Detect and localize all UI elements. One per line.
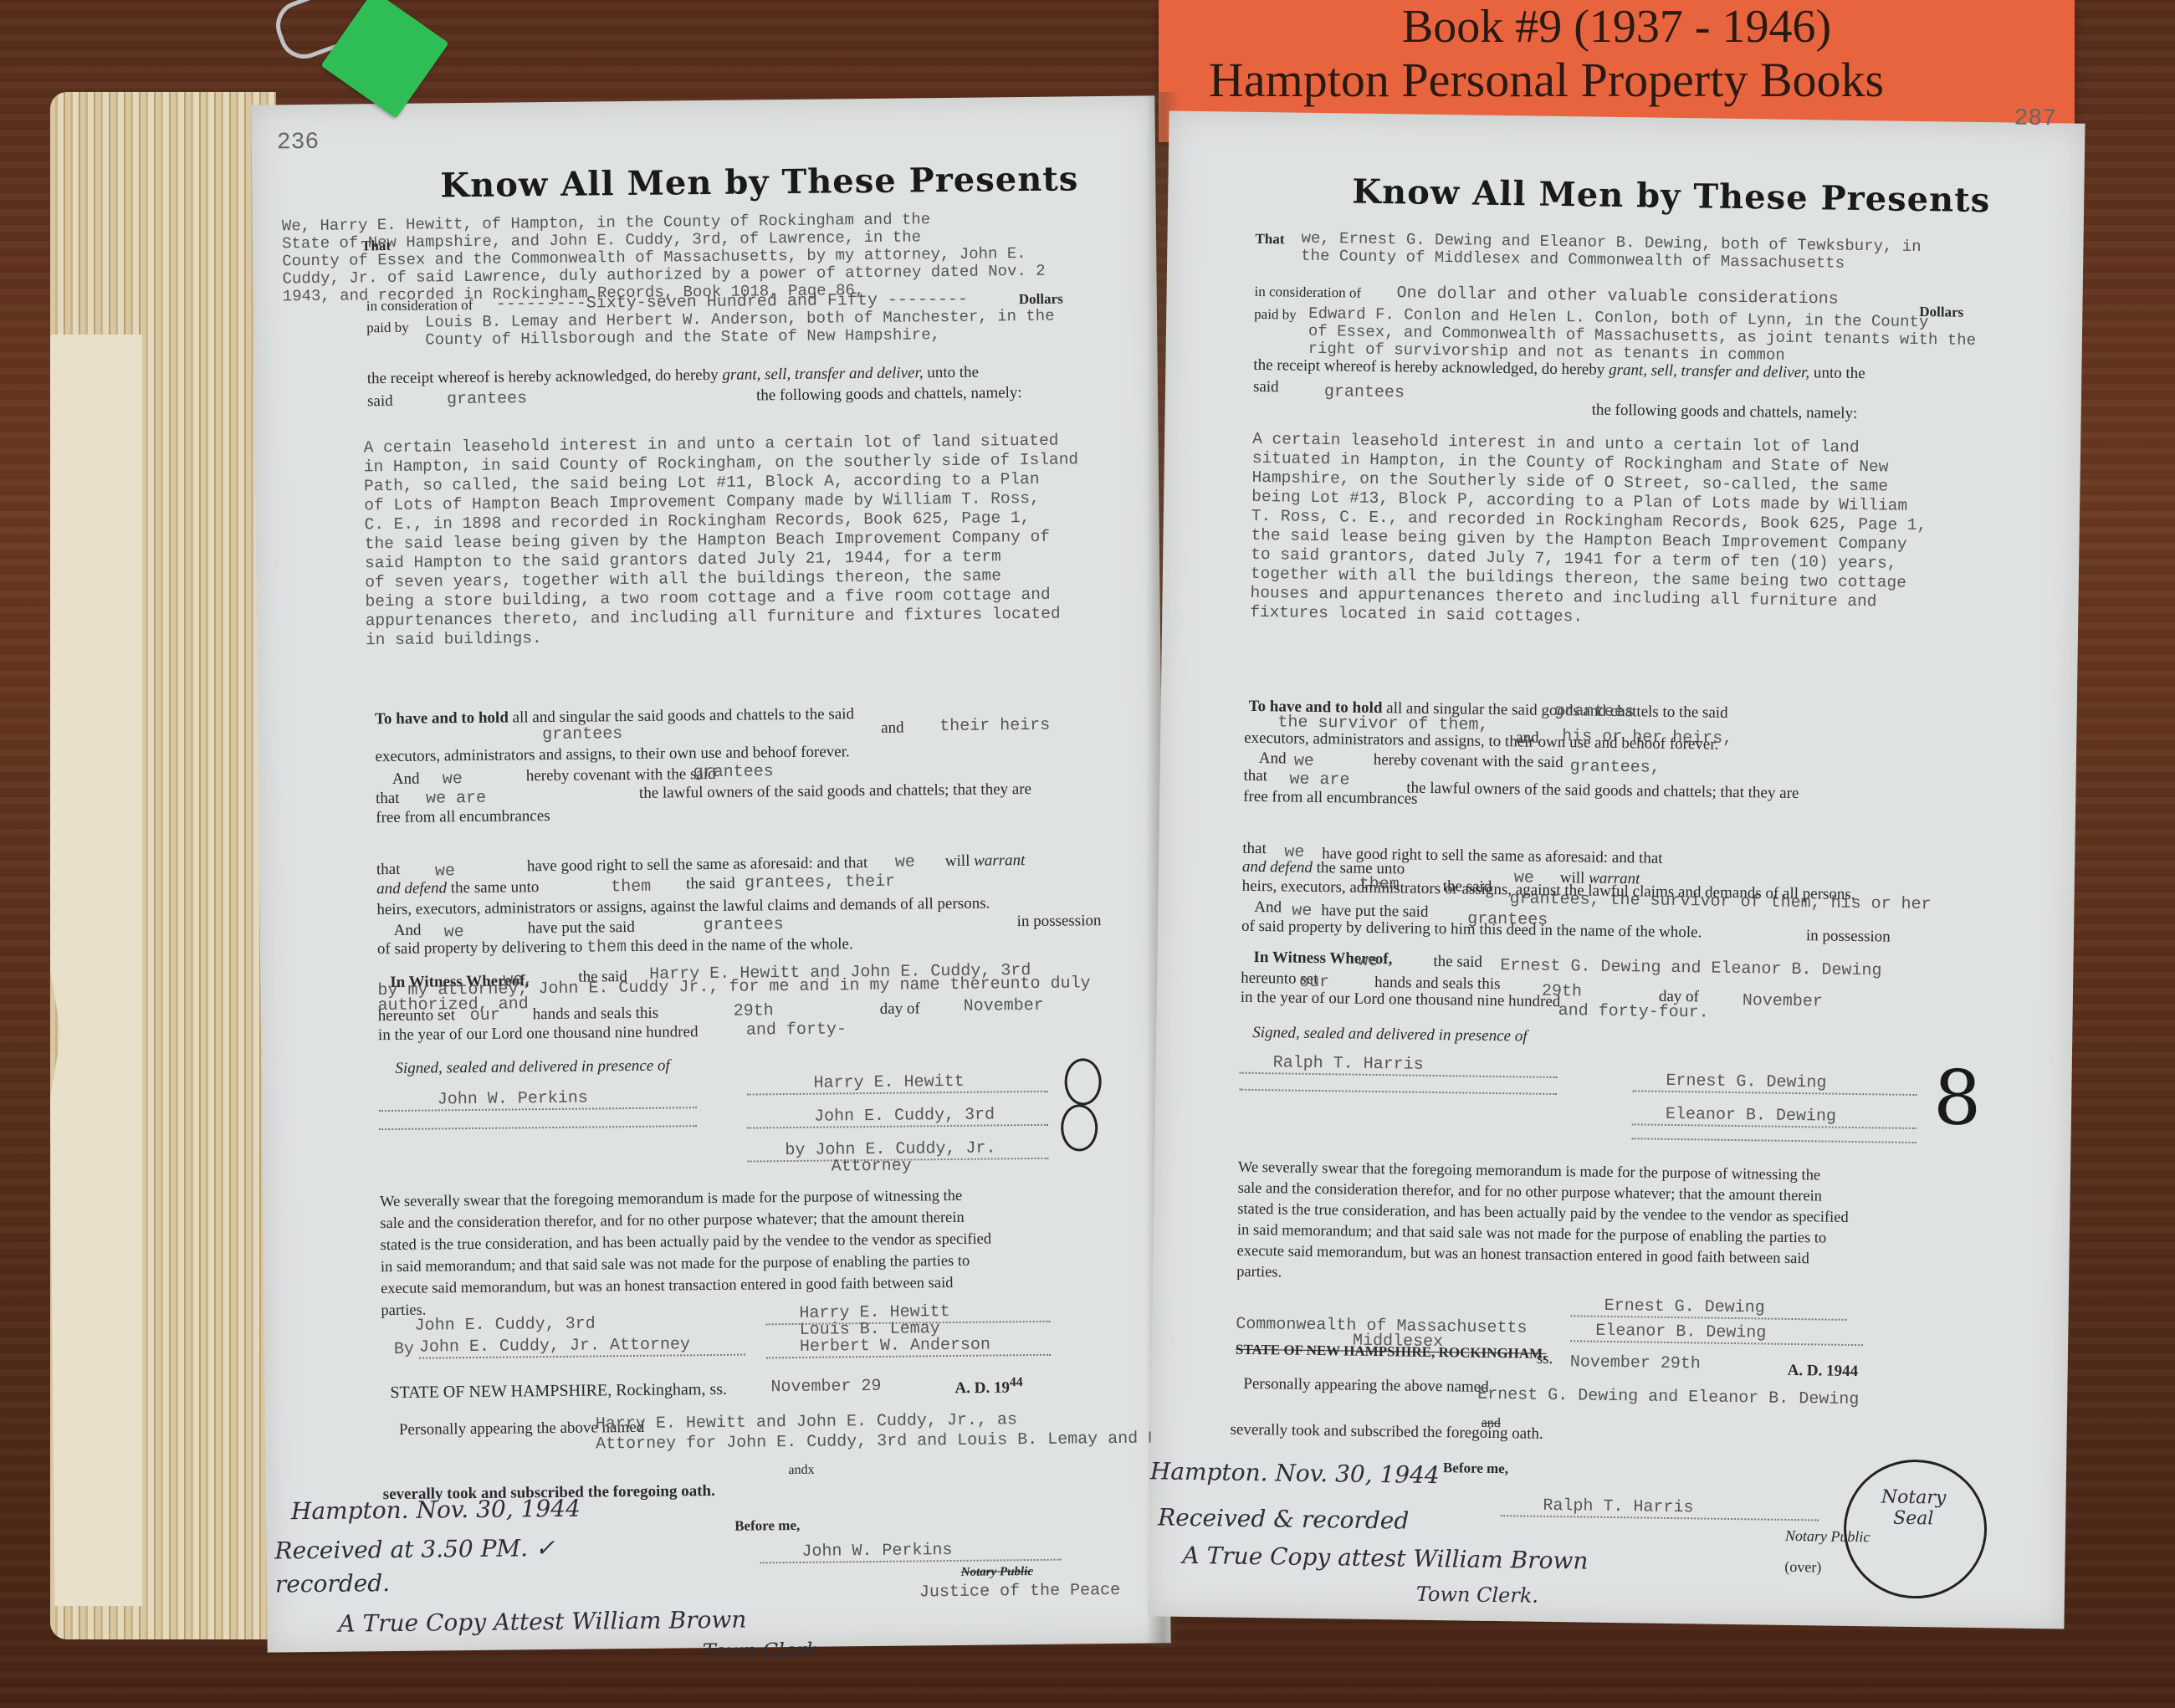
- that-label-2: that: [1243, 767, 1267, 785]
- personally-names: Ernest G. Dewing and Eleanor B. Dewing: [1477, 1385, 1859, 1409]
- handwritten-attest: A True Copy attest William Brown: [1182, 1542, 1588, 1575]
- day-of-text: day of: [880, 1000, 920, 1019]
- month-value: November: [1743, 991, 1823, 1011]
- oath-text: We severally swear that the foregoing me…: [380, 1185, 992, 1322]
- defend-them: them: [611, 877, 651, 897]
- will-warrant: will warrant: [945, 851, 1026, 871]
- oath-signature-ernest: Ernest G. Dewing: [1571, 1296, 1847, 1321]
- habendum-grantee: grantees: [1553, 702, 1634, 722]
- blank-witness-line: [1239, 1089, 1557, 1095]
- right-we-2: we: [895, 852, 915, 872]
- page-heading: Know All Men by These Presents: [440, 159, 1078, 205]
- book-label-subtitle: Hampton Personal Property Books: [1209, 52, 1884, 108]
- page-heading: Know All Men by These Presents: [1352, 172, 1991, 221]
- notary-seal-text: Notary Seal: [1871, 1486, 1956, 1529]
- page-number: 287: [2014, 106, 2056, 133]
- before-me: Before me,: [1443, 1460, 1508, 1477]
- oath-signature-eleanor: Eleanor B. Dewing: [1570, 1321, 1863, 1346]
- free-text: free from all encumbrances: [376, 807, 550, 827]
- covenant-grantee: grantees,: [1570, 757, 1661, 778]
- put-and: And: [394, 922, 422, 940]
- loose-handwritten-leaf: [50, 335, 142, 1606]
- right-we: we: [435, 862, 455, 881]
- signature-hewitt: Harry E. Hewitt: [747, 1071, 1048, 1096]
- witness-we: we: [1358, 952, 1378, 971]
- right-that: that: [1242, 840, 1267, 858]
- oath-left-signature-1: John E. Cuddy, 3rd: [415, 1314, 596, 1335]
- right-page: 287 Know All Men by These Presents That …: [1148, 110, 2085, 1629]
- state-date: November 29: [770, 1377, 881, 1397]
- day-value: 29th: [734, 1001, 774, 1021]
- that-label-2: that: [376, 790, 400, 808]
- signature-eleanor: Eleanor B. Dewing: [1632, 1104, 1917, 1129]
- witness-signature: Ralph T. Harris: [1240, 1053, 1558, 1078]
- grantors-text: we, Ernest G. Dewing and Eleanor B. Dewi…: [1255, 229, 1922, 274]
- year-value: and forty-four.: [1558, 1001, 1708, 1023]
- covenant-text: hereby covenant with the said: [1328, 750, 1563, 772]
- before-me: Before me,: [734, 1517, 800, 1535]
- and-label: and: [881, 719, 904, 738]
- heirs-value: their heirs: [939, 716, 1050, 736]
- covenant-we: we: [443, 770, 463, 789]
- handwritten-town-clerk: Town Clerk.: [703, 1639, 825, 1664]
- handwritten-received: Received at 3.50 PM. ✓: [274, 1534, 555, 1565]
- handwritten-received: Received & recorded: [1158, 1503, 1410, 1534]
- book-label-title: Book #9 (1937 - 1946): [1159, 0, 2075, 54]
- possession-text: in possession: [1806, 927, 1891, 946]
- signature-cuddy-3rd: John E. Cuddy, 3rd: [747, 1105, 1048, 1129]
- state-text: STATE OF NEW HAMPSHIRE, Rockingham, ss.: [390, 1380, 727, 1403]
- signature-attorney: Attorney: [832, 1157, 912, 1177]
- consideration-label: in consideration of: [1254, 284, 1361, 302]
- following-text: the following goods and chattels, namely…: [756, 384, 1022, 405]
- officer-signature: Ralph T. Harris: [1501, 1496, 1819, 1521]
- state-date: November 29th: [1570, 1353, 1701, 1373]
- year-text: in the year of our Lord one thousand nin…: [1241, 989, 1561, 1011]
- ss-text: ss.: [1537, 1350, 1553, 1368]
- property-description: A certain leasehold interest in and unto…: [1250, 430, 1928, 632]
- said-value: grantees: [447, 389, 527, 409]
- lawful-text: the lawful owners of the said goods and …: [1406, 779, 1799, 803]
- ad-year: A. D. 1944: [954, 1375, 1023, 1398]
- binder-clip-icon: [318, 0, 452, 134]
- ad-year: A. D. 1944: [1788, 1362, 1859, 1381]
- signed-text: Signed, sealed and delivered in presence…: [395, 1057, 670, 1078]
- covenant-and: And: [1259, 749, 1287, 768]
- seal-mark-icon: [1064, 1058, 1102, 1105]
- signed-text: Signed, sealed and delivered in presence…: [1252, 1024, 1528, 1046]
- said-label: said: [367, 392, 393, 411]
- consideration-value: One dollar and other valuable considerat…: [1396, 284, 1838, 309]
- free-text: free from all encumbrances: [1243, 788, 1418, 809]
- handwritten-attest: A True Copy Attest William Brown: [338, 1606, 746, 1638]
- defend-grantees: grantees, their: [745, 872, 895, 893]
- page-number: 236: [277, 130, 320, 156]
- notary-seal-icon: Notary Seal: [1843, 1459, 1988, 1599]
- officer-signature: John W. Perkins: [760, 1540, 1061, 1564]
- blank-witness-line: [379, 1125, 697, 1130]
- right-that: that: [376, 861, 401, 879]
- habendum-grantee: grantees: [542, 724, 622, 744]
- year-text: in the year of our Lord one thousand nin…: [378, 1023, 699, 1045]
- covenant-text: hereby covenant with the said: [526, 765, 716, 785]
- witness-names: Ernest G. Dewing and Eleanor B. Dewing: [1500, 956, 1881, 980]
- heirs-text: heirs, executors, administrators or assi…: [376, 895, 990, 920]
- seal-mark-icon: 8: [1932, 1054, 1982, 1143]
- hereunto-our: our: [470, 1006, 500, 1025]
- paid-by-value: Louis B. Lemay and Herbert W. Anderson, …: [425, 308, 1055, 350]
- left-page: 236 Know All Men by These Presents We, H…: [251, 95, 1170, 1652]
- hands-text: hands and seals this: [533, 1005, 659, 1025]
- oath-text: We severally swear that the foregoing me…: [1236, 1158, 1850, 1291]
- property-description: A certain leasehold interest in and unto…: [364, 431, 1081, 650]
- covenant-grantee: grantees: [693, 762, 774, 782]
- handwritten-town-clerk: Town Clerk.: [1416, 1583, 1538, 1608]
- paid-by-label: paid by: [366, 320, 409, 337]
- covenant-we: we: [1294, 752, 1314, 771]
- severally-text: severally took and subscribed the forego…: [1230, 1421, 1543, 1444]
- witness-said: the said: [1433, 953, 1482, 972]
- witness-signature: John W. Perkins: [379, 1087, 697, 1112]
- over-text: (over): [1784, 1558, 1821, 1577]
- covenant-and: And: [392, 770, 420, 789]
- handwritten-date: Hampton. Nov. 30, 1944: [291, 1495, 581, 1526]
- defend-line: and defend the same unto: [376, 878, 539, 898]
- handwritten-recorded: recorded.: [275, 1569, 391, 1598]
- delivering-line: of said property by delivering to them t…: [377, 935, 853, 959]
- oath-left-signature-2: John E. Cuddy, Jr. Attorney: [419, 1335, 745, 1359]
- andx-struck: andx: [788, 1463, 814, 1478]
- possession-text: in possession: [1017, 912, 1102, 931]
- state-struck: STATE OF NEW HAMPSHIRE, ROCKINGHAM,: [1236, 1342, 1547, 1363]
- said-value: grantees: [1324, 382, 1405, 402]
- delivering-line: of said property by delivering to him th…: [1241, 918, 1702, 943]
- notary-struck: Notary Public: [961, 1565, 1033, 1580]
- month-value: November: [964, 996, 1044, 1016]
- handwritten-date: Hampton. Nov. 30, 1944: [1150, 1457, 1440, 1489]
- said-label: said: [1253, 378, 1279, 396]
- personally-text: Personally appearing the above named: [1243, 1375, 1489, 1397]
- put-grantees: grantees: [704, 915, 784, 935]
- that-label: That: [361, 238, 391, 254]
- defend-said: the said: [686, 875, 735, 894]
- oath-left-by: By: [394, 1340, 414, 1359]
- consideration-label: in consideration of: [366, 297, 473, 314]
- hereunto-text: hereunto set: [378, 1006, 456, 1025]
- we-are: we are: [426, 789, 486, 809]
- justice-text: Justice of the Peace: [919, 1581, 1120, 1603]
- signature-ernest: Ernest G. Dewing: [1632, 1071, 1917, 1096]
- year-value: and forty-: [746, 1020, 847, 1040]
- lawful-text: the lawful owners of the said goods and …: [639, 780, 1031, 803]
- put-and: And: [1254, 898, 1282, 917]
- oath-signature-anderson: Herbert W. Anderson: [766, 1335, 1051, 1359]
- executors-text: executors, administrators and assigns, t…: [375, 743, 849, 766]
- put-text: have put the said: [528, 918, 635, 938]
- we-are: we are: [1289, 770, 1349, 790]
- blank-signature-line: [1632, 1138, 1917, 1143]
- following-text: the following goods and chattels, namely…: [1592, 401, 1858, 423]
- dollars-label: Dollars: [1019, 291, 1063, 309]
- seal-mark-icon: [1061, 1104, 1098, 1151]
